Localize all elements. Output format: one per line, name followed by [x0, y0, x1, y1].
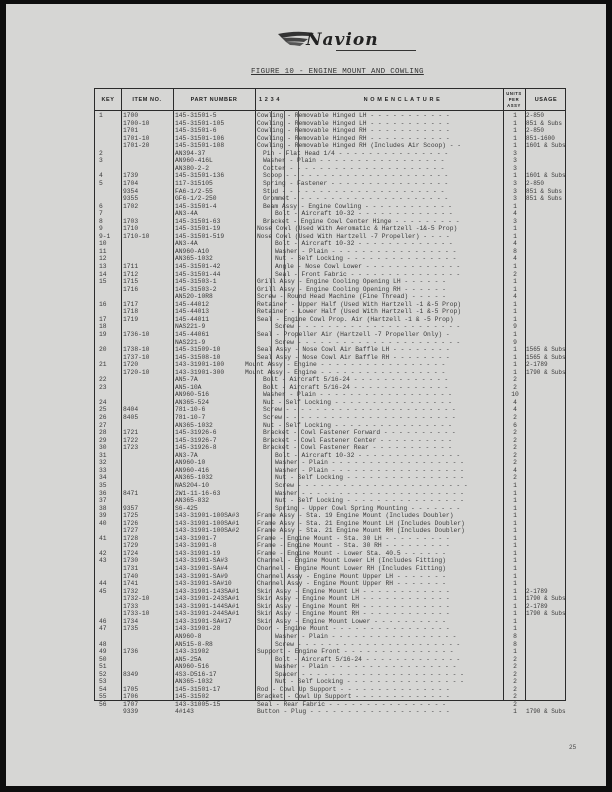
nomenclature-cell: Washer - Plain - - - - - - - - - - - - -… — [275, 248, 501, 256]
usage-cell: 2-1789 — [526, 603, 566, 611]
key-cell: 6 — [99, 203, 121, 211]
usage-cell: 2-1789 — [526, 361, 566, 369]
key-cell: 55 — [99, 693, 121, 701]
item-no-cell: 1705 — [123, 686, 175, 694]
part-number-cell: 145-31926-8 — [175, 444, 265, 452]
key-cell: 3 — [99, 157, 121, 165]
nomenclature-cell: Bracket - Cowl Fastener Rear - - - - - -… — [263, 444, 501, 452]
units-cell: 1 — [509, 610, 521, 618]
key-cell: 15 — [99, 278, 121, 286]
part-number-cell: 143-31901-SA#17 — [175, 618, 265, 626]
part-number-cell: AN365-1032 — [175, 474, 265, 482]
col-header-part-number: PART NUMBER — [173, 89, 255, 110]
key-cell: 45 — [99, 588, 121, 596]
key-cell: 18 — [99, 323, 121, 331]
table-row: 431730143-31901-SA#3Channel - Engine Mou… — [95, 557, 565, 565]
nomenclature-cell: Screw - - - - - - - - - - - - - - - - - … — [275, 323, 501, 331]
part-number-cell: 143-31005-15 — [175, 701, 265, 709]
item-no-cell: 1732-10 — [123, 595, 175, 603]
nomenclature-cell: Bracket - Cowl Fastener Forward - - - - … — [263, 429, 501, 437]
item-no-cell: 1737-10 — [123, 354, 175, 362]
item-no-cell: 8471 — [123, 490, 175, 498]
table-row: 541705145-31501-17Rod - Cowl Up Support … — [95, 686, 565, 694]
table-row: 50AN5-25ABolt - Aircraft 5/16-24 - - - -… — [95, 656, 565, 664]
nomenclature-cell: Button - Plug - - - - - - - - - - - - - … — [257, 708, 501, 716]
col-header-key: KEY — [95, 89, 121, 110]
units-cell: 1 — [509, 580, 521, 588]
nomenclature-cell: Seal - Propeller Air (Hartzell -7 Propel… — [257, 331, 501, 339]
units-cell: 1 — [509, 120, 521, 128]
item-no-cell: 9354 — [123, 188, 175, 196]
table-row: 81703145-31501-63Bracket - Engine Cowl C… — [95, 218, 565, 226]
item-no-cell: 1727 — [123, 527, 175, 535]
item-no-cell: 9357 — [123, 505, 175, 513]
table-row: 1701-20145-31501-108Cowling - Removable … — [95, 142, 565, 150]
table-row: 551706145-31502Bracket - Cowl Up Support… — [95, 693, 565, 701]
item-no-cell: 1706 — [123, 693, 175, 701]
units-cell: 2 — [509, 444, 521, 452]
item-no-cell: 1703 — [123, 218, 175, 226]
nomenclature-cell: Frame Assy - Sta. 19 Engine Mount (Inclu… — [257, 512, 501, 520]
table-row: 51704117-315105Spring - Fastener - - - -… — [95, 180, 565, 188]
nomenclature-cell: Bolt - Aircraft 5/16-24 - - - - - - - - … — [275, 656, 501, 664]
nomenclature-cell: Stud - - - - - - - - - - - - - - - - - -… — [263, 188, 501, 196]
item-no-cell: 1716 — [123, 286, 175, 294]
table-row: 1737-10145-31508-10Seal Assy - Nose Cowl… — [95, 354, 565, 362]
nomenclature-cell: Washer - Plain - - - - - - - - - - - - -… — [275, 663, 501, 671]
nomenclature-cell: Nut - Self Locking - - - - - - - - - - -… — [263, 422, 501, 430]
part-number-cell: 143-31901-243SA#1 — [175, 595, 265, 603]
part-number-cell: 143-31901-100SA#3 — [175, 512, 265, 520]
key-cell: 54 — [99, 686, 121, 694]
units-cell: 2 — [509, 459, 521, 467]
units-cell: 1 — [509, 542, 521, 550]
part-number-cell: AN960-516 — [175, 663, 265, 671]
item-no-cell: 1701 — [123, 127, 175, 135]
key-cell: 40 — [99, 520, 121, 528]
nomenclature-cell: Frame Assy - Sta. 21 Engine Mount RH (In… — [257, 527, 501, 535]
item-no-cell: 1715 — [123, 278, 175, 286]
table-row: AN960-8Washer - Plain - - - - - - - - - … — [95, 633, 565, 641]
item-no-cell: 1704 — [123, 180, 175, 188]
usage-cell: 2-850 — [526, 112, 566, 120]
usage-cell: 851-1600 — [526, 135, 566, 143]
units-cell: 1 — [509, 316, 521, 324]
part-number-cell: 145-31501-6 — [175, 127, 265, 135]
table-row: 3AN960-416LWasher - Plain - - - - - - - … — [95, 157, 565, 165]
units-cell: 10 — [509, 391, 521, 399]
usage-cell: 2-1789 — [526, 588, 566, 596]
key-cell: 32 — [99, 459, 121, 467]
key-cell: 52 — [99, 671, 121, 679]
nomenclature-cell: Support - Engine Front - - - - - - - - -… — [257, 648, 501, 656]
col-header-item-no: ITEM NO. — [121, 89, 173, 110]
item-no-cell: 1722 — [123, 437, 175, 445]
key-cell: 47 — [99, 625, 121, 633]
units-cell: 2 — [509, 414, 521, 422]
usage-cell: 1565 & Subs — [526, 346, 566, 354]
nomenclature-cell: Retainer - Upper Half (Used With Hartzel… — [257, 301, 501, 309]
nomenclature-cell: Channel Assy - Engine Mount Upper RH - -… — [257, 580, 501, 588]
part-number-cell: AN960-416 — [175, 467, 265, 475]
nomenclature-cell: Skin Assy - Engine Mount RH - - - - - - … — [257, 610, 501, 618]
units-cell: 1 — [509, 505, 521, 513]
part-number-cell: AN960-10 — [175, 459, 265, 467]
units-cell: 1 — [509, 708, 521, 716]
part-number-cell: 145-31508-10 — [175, 354, 265, 362]
table-row: 1727143-31901-100SA#2Frame Assy - Sta. 2… — [95, 527, 565, 535]
nomenclature-cell: Screw - - - - - - - - - - - - - - - - - … — [275, 641, 501, 649]
units-cell: 1 — [509, 354, 521, 362]
key-cell: 4 — [99, 172, 121, 180]
units-cell: 2 — [509, 474, 521, 482]
table-row: NAS221-9Screw - - - - - - - - - - - - - … — [95, 339, 565, 347]
nomenclature-cell: Channel - Engine Mount Lower LH (Include… — [257, 557, 501, 565]
key-cell: 8 — [99, 218, 121, 226]
item-no-cell: 1736-10 — [123, 331, 175, 339]
key-cell: 5 — [99, 180, 121, 188]
nomenclature-cell: Spring - Fastener - - - - - - - - - - - … — [263, 180, 501, 188]
units-cell: 3 — [509, 218, 521, 226]
nomenclature-cell: Nut - Self Locking - - - - - - - - - - -… — [275, 678, 501, 686]
units-cell: 2 — [509, 686, 521, 694]
part-number-cell: AN960-A10 — [175, 248, 265, 256]
nomenclature-cell: Seal - Front Fabric - - - - - - - - - - … — [275, 271, 501, 279]
nomenclature-cell: Scoop - - - - - - - - - - - - - - - - - … — [263, 172, 501, 180]
units-cell: 6 — [509, 422, 521, 430]
units-cell: 1 — [509, 648, 521, 656]
table-row: 1701-10145-31501-106Cowling - Removable … — [95, 135, 565, 143]
part-number-cell: 145-31501-519 — [175, 233, 265, 241]
units-cell: 1 — [509, 331, 521, 339]
usage-cell: 1790 & Subs — [526, 610, 566, 618]
table-row: 35NAS204-10Screw - - - - - - - - - - - -… — [95, 482, 565, 490]
table-row: 24AN365-524Nut - Self Locking - - - - - … — [95, 399, 565, 407]
key-cell: 17 — [99, 316, 121, 324]
usage-cell: 2-850 — [526, 180, 566, 188]
table-row: 161717145-44012Retainer - Upper Half (Us… — [95, 301, 565, 309]
part-number-cell: 143-31901-SA#10 — [175, 580, 265, 588]
units-cell: 1 — [509, 301, 521, 309]
item-no-cell: 1700-10 — [123, 120, 175, 128]
part-number-cell: 145-31501-5 — [175, 112, 265, 120]
key-cell: 11 — [99, 248, 121, 256]
units-cell: 1 — [509, 225, 521, 233]
nomenclature-cell: Grommet - - - - - - - - - - - - - - - - … — [263, 195, 501, 203]
table-row: AN960-516Washer - Plain - - - - - - - - … — [95, 391, 565, 399]
part-number-cell: 145-44013 — [175, 308, 265, 316]
nomenclature-cell: Spring - Upper Cowl Spring Mounting - - … — [275, 505, 501, 513]
usage-cell: 1601 & Subs — [526, 172, 566, 180]
usage-cell: 1601 & Subs — [526, 142, 566, 150]
units-cell: 2 — [509, 429, 521, 437]
nomenclature-cell: Washer - - - - - - - - - - - - - - - - -… — [275, 490, 501, 498]
table-row: 5283494S3-D516-17Spacer - - - - - - - - … — [95, 671, 565, 679]
nomenclature-cell: Mount Assy - Engine - - - - - - - - - - … — [245, 369, 501, 377]
nomenclature-cell: Nut - Self Locking - - - - - - - - - - -… — [275, 497, 501, 505]
key-cell: 7 — [99, 210, 121, 218]
units-cell: 4 — [509, 406, 521, 414]
nomenclature-cell: Bolt - Aircraft 5/16-24 - - - - - - - - … — [263, 384, 501, 392]
item-no-cell: 1725 — [123, 512, 175, 520]
part-number-cell: 143-31901-144SA#1 — [175, 603, 265, 611]
key-cell: 13 — [99, 263, 121, 271]
key-cell: 1 — [99, 112, 121, 120]
table-row: 389357S6-425Spring - Upper Cowl Spring M… — [95, 505, 565, 513]
table-row: 451732143-31901-143SA#1Skin Assy - Engin… — [95, 588, 565, 596]
key-cell: 53 — [99, 678, 121, 686]
item-no-cell: 1726 — [123, 520, 175, 528]
table-row: 1729143-31901-8Frame - Engine Mount - St… — [95, 542, 565, 550]
nomenclature-cell: Seal - Engine Cowl Prop. Air (Hartzell -… — [257, 316, 501, 324]
table-header: KEY ITEM NO. PART NUMBER 1 2 3 4 N O M E… — [95, 89, 565, 111]
nomenclature-cell: Skin Assy - Engine Mount Lower - - - - -… — [257, 618, 501, 626]
part-number-cell: 145-31501-17 — [175, 686, 265, 694]
table-row: 131711145-31501-42Angle - Nose Cowl Lowe… — [95, 263, 565, 271]
units-cell: 1 — [509, 557, 521, 565]
nomenclature-cell: Bracket - Cowl Up Support - - - - - - - … — [257, 693, 501, 701]
part-number-cell: 145-31926-6 — [175, 429, 265, 437]
part-number-cell: 2W1-11-16-63 — [175, 490, 265, 498]
nomenclature-cell: Screw - - - - - - - - - - - - - - - - - … — [275, 339, 501, 347]
units-cell: 1 — [509, 308, 521, 316]
part-number-cell: 145-31501-19 — [175, 225, 265, 233]
part-number-cell: 143-31901-100SA#2 — [175, 527, 265, 535]
nomenclature-cell: Beam Assy - Engine Cowling - - - - - - -… — [263, 203, 501, 211]
key-cell: 33 — [99, 467, 121, 475]
table-row: 51AN960-516Washer - Plain - - - - - - - … — [95, 663, 565, 671]
key-cell: 20 — [99, 346, 121, 354]
nomenclature-cell: Frame - Engine Mount - Sta. 30 LH - - - … — [257, 535, 501, 543]
table-row: 1716145-31503-2Grill Assy - Engine Cooli… — [95, 286, 565, 294]
nomenclature-cell: Washer - Plain - - - - - - - - - - - - -… — [275, 467, 501, 475]
item-no-cell: 1712 — [123, 271, 175, 279]
part-number-cell: 145-31501-108 — [175, 142, 265, 150]
item-no-cell: 1720-10 — [123, 369, 175, 377]
nomenclature-cell: Grill Assy - Engine Cooling Opening LH -… — [257, 278, 501, 286]
table-row: 11700145-31501-5Cowling - Removable Hing… — [95, 112, 565, 120]
table-row: 10AN3-4ABolt - Aircraft 10-32 - - - - - … — [95, 240, 565, 248]
units-cell: 1 — [509, 142, 521, 150]
usage-cell: 2-850 — [526, 127, 566, 135]
units-cell: 1 — [509, 369, 521, 377]
units-cell: 3 — [509, 180, 521, 188]
col-header-nomenclature: N O M E N C L A T U R E — [299, 89, 505, 110]
item-no-cell: 1720 — [123, 361, 175, 369]
table-row: 37AN365-832Nut - Self Locking - - - - - … — [95, 497, 565, 505]
figure-title: FIGURE 10 - ENGINE MOUNT AND COWLING — [251, 68, 424, 76]
item-no-cell: 1733 — [123, 603, 175, 611]
part-number-cell: 145-31501-63 — [175, 218, 265, 226]
item-no-cell: 1724 — [123, 550, 175, 558]
nomenclature-cell: Spacer - - - - - - - - - - - - - - - - -… — [275, 671, 501, 679]
table-row: 1732-10143-31901-243SA#1Skin Assy - Engi… — [95, 595, 565, 603]
units-cell: 2 — [509, 693, 521, 701]
item-no-cell: 1721 — [123, 429, 175, 437]
table-row: 53AN365-1032Nut - Self Locking - - - - -… — [95, 678, 565, 686]
table-row: 281721145-31926-6Bracket - Cowl Fastener… — [95, 429, 565, 437]
table-row: 23AN5-10ABolt - Aircraft 5/16-24 - - - -… — [95, 384, 565, 392]
table-row: 391725143-31901-100SA#3Frame Assy - Sta.… — [95, 512, 565, 520]
part-number-cell: 145-31501-136 — [175, 172, 265, 180]
item-no-cell: 1728 — [123, 535, 175, 543]
units-cell: 1 — [509, 527, 521, 535]
part-number-cell: 143-31901-143SA#1 — [175, 588, 265, 596]
units-cell: 1 — [509, 595, 521, 603]
part-number-cell: 143-31901-SA#4 — [175, 565, 265, 573]
units-cell: 8 — [509, 248, 521, 256]
key-cell: 31 — [99, 452, 121, 460]
key-cell: 51 — [99, 663, 121, 671]
nomenclature-cell: Nut - Self Locking - - - - - - - - - - -… — [275, 255, 501, 263]
table-row: 258404781-10-6Screw - - - - - - - - - - … — [95, 406, 565, 414]
usage-cell: 1790 & Subs — [526, 595, 566, 603]
item-no-cell: 8404 — [123, 406, 175, 414]
key-cell: 34 — [99, 474, 121, 482]
table-row: 2AN394-37Pin - Flat Head 1/4 - - - - - -… — [95, 150, 565, 158]
item-no-cell: 1711 — [123, 263, 175, 271]
nomenclature-cell: Washer - Plain - - - - - - - - - - - - -… — [263, 157, 501, 165]
part-number-cell: 145-44012 — [175, 301, 265, 309]
table-row: 48AN515-8-R8Screw - - - - - - - - - - - … — [95, 641, 565, 649]
part-number-cell: 145-31501-44 — [175, 271, 265, 279]
item-no-cell: 1729 — [123, 542, 175, 550]
table-row: 411728143-31901-7Frame - Engine Mount - … — [95, 535, 565, 543]
item-no-cell: 1732 — [123, 588, 175, 596]
item-no-cell: 1733-10 — [123, 610, 175, 618]
table-row: 9-11710-10145-31501-519Nose Cowl (Used W… — [95, 233, 565, 241]
units-cell: 4 — [509, 240, 521, 248]
item-no-cell: 1740 — [123, 573, 175, 581]
key-cell: 29 — [99, 437, 121, 445]
key-cell: 9 — [99, 225, 121, 233]
table-row: 3684712W1-11-16-63Washer - - - - - - - -… — [95, 490, 565, 498]
nomenclature-cell: Bolt - Aircraft 5/16-24 - - - - - - - - … — [263, 376, 501, 384]
table-row: 191736-10145-44061Seal - Propeller Air (… — [95, 331, 565, 339]
nomenclature-cell: Nut - Self Locking - - - - - - - - - - -… — [275, 474, 501, 482]
part-number-cell: AN5-25A — [175, 656, 265, 664]
units-cell: 9 — [509, 339, 521, 347]
part-number-cell: AN380-2-2 — [175, 165, 265, 173]
table-row: 31AN3-7ABolt - Aircraft 10-32 - - - - - … — [95, 452, 565, 460]
key-cell: 14 — [99, 271, 121, 279]
table-row: 291722145-31926-7Bracket - Cowl Fastener… — [95, 437, 565, 445]
units-cell: 1 — [509, 588, 521, 596]
part-number-cell: 145-31503-2 — [175, 286, 265, 294]
table-row: 421724143-31901-19Frame - Engine Mount -… — [95, 550, 565, 558]
table-row: 1733-10143-31901-244SA#1Skin Assy - Engi… — [95, 610, 565, 618]
table-row: 1731143-31901-SA#4Channel - Engine Mount… — [95, 565, 565, 573]
key-cell: 25 — [99, 406, 121, 414]
key-cell: 23 — [99, 384, 121, 392]
parts-catalog-page: Navion FIGURE 10 - ENGINE MOUNT AND COWL… — [6, 4, 606, 786]
item-no-cell: 1701-20 — [123, 142, 175, 150]
part-number-cell: 145-31501-105 — [175, 120, 265, 128]
key-cell: 26 — [99, 414, 121, 422]
table-row: 1740143-31901-SA#9Channel Assy - Engine … — [95, 573, 565, 581]
units-cell: 1 — [509, 361, 521, 369]
part-number-cell: 145-44061 — [175, 331, 265, 339]
col-header-levels: 1 2 3 4 — [255, 89, 303, 110]
part-number-cell: 143-31901-8 — [175, 542, 265, 550]
table-row: 9355GF6-1/2-250Grommet - - - - - - - - -… — [95, 195, 565, 203]
nomenclature-cell: Bracket - Cowl Fastener Center - - - - -… — [263, 437, 501, 445]
item-no-cell: 1738-10 — [123, 346, 175, 354]
key-cell: 22 — [99, 376, 121, 384]
item-no-cell: 8405 — [123, 414, 175, 422]
key-cell: 12 — [99, 255, 121, 263]
nomenclature-cell: Retainer - Lower Half (Used With Hartzel… — [257, 308, 501, 316]
part-number-cell: 4#143 — [175, 708, 265, 716]
item-no-cell: 1736 — [123, 648, 175, 656]
units-cell: 2 — [509, 671, 521, 679]
item-no-cell: 1723 — [123, 444, 175, 452]
nomenclature-cell: Bolt - Aircraft 10-32 - - - - - - - - - … — [275, 210, 501, 218]
nomenclature-cell: Nose Cowl (Used With Hartzell -7 Propell… — [257, 233, 501, 241]
nomenclature-cell: Screw - - - - - - - - - - - - - - - - - … — [263, 414, 501, 422]
units-cell: 2 — [509, 701, 521, 709]
item-no-cell: 1741 — [123, 580, 175, 588]
part-number-cell: AN365-1032 — [175, 422, 265, 430]
part-number-cell: 143-31902 — [175, 648, 265, 656]
units-cell: 1 — [509, 233, 521, 241]
part-number-cell: AN520-10R8 — [175, 293, 265, 301]
nomenclature-cell: Frame - Engine Mount - Sta. 30 RH - - - … — [257, 542, 501, 550]
part-number-cell: S6-425 — [175, 505, 265, 513]
part-number-cell: 145-31501-106 — [175, 135, 265, 143]
nomenclature-cell: Channel - Engine Mount Lower RH (Include… — [257, 565, 501, 573]
part-number-cell: 145-44011 — [175, 316, 265, 324]
key-cell: 42 — [99, 550, 121, 558]
nomenclature-cell: Cowling - Removable Hinged RH - - - - - … — [257, 135, 501, 143]
key-cell: 44 — [99, 580, 121, 588]
nomenclature-cell: Screw - Round Head Machine (Fine Thread)… — [257, 293, 501, 301]
table-row: 441741143-31901-SA#10Channel Assy - Engi… — [95, 580, 565, 588]
nomenclature-cell: Cowling - Removable Hinged LH - - - - - … — [257, 120, 501, 128]
nomenclature-cell: Mount Assy - Engine - - - - - - - - - - … — [245, 361, 501, 369]
table-row: 151715145-31503-1Grill Assy - Engine Coo… — [95, 278, 565, 286]
table-row: 561707143-31005-15Seal - Rear Fabric - -… — [95, 701, 565, 709]
table-row: 471735143-31901-28Door - Engine Mount - … — [95, 625, 565, 633]
nomenclature-cell: Bracket - Engine Cowl Center Hinge - - -… — [263, 218, 501, 226]
key-cell: 30 — [99, 444, 121, 452]
units-cell: 3 — [509, 157, 521, 165]
usage-cell: 1790 & Subs — [526, 708, 566, 716]
key-cell: 16 — [99, 301, 121, 309]
units-cell: 1 — [509, 263, 521, 271]
table-row: 1733143-31901-144SA#1Skin Assy - Engine … — [95, 603, 565, 611]
table-row: 11AN960-A10Washer - Plain - - - - - - - … — [95, 248, 565, 256]
units-cell: 4 — [509, 293, 521, 301]
key-cell: 50 — [99, 656, 121, 664]
part-number-cell: AN960-8 — [175, 633, 265, 641]
nomenclature-cell: Nut - Self Locking - - - - - - - - - - -… — [263, 399, 501, 407]
units-cell: 1 — [509, 135, 521, 143]
item-no-cell: 1731 — [123, 565, 175, 573]
part-number-cell: AN5-10A — [175, 384, 265, 392]
nomenclature-cell: Cowling - Removable Hinged RH (Includes … — [257, 142, 501, 150]
key-cell: 56 — [99, 701, 121, 709]
table-row: 93394#143Button - Plug - - - - - - - - -… — [95, 708, 565, 716]
part-number-cell: GF6-1/2-250 — [175, 195, 265, 203]
part-number-cell: AN3-4A — [175, 210, 265, 218]
units-cell: 1 — [509, 497, 521, 505]
table-row: 61702145-31501-4Beam Assy - Engine Cowli… — [95, 203, 565, 211]
units-cell: 1 — [509, 550, 521, 558]
table-row: 1718145-44013Retainer - Lower Half (Used… — [95, 308, 565, 316]
item-no-cell: 1701-10 — [123, 135, 175, 143]
item-no-cell: 1702 — [123, 203, 175, 211]
